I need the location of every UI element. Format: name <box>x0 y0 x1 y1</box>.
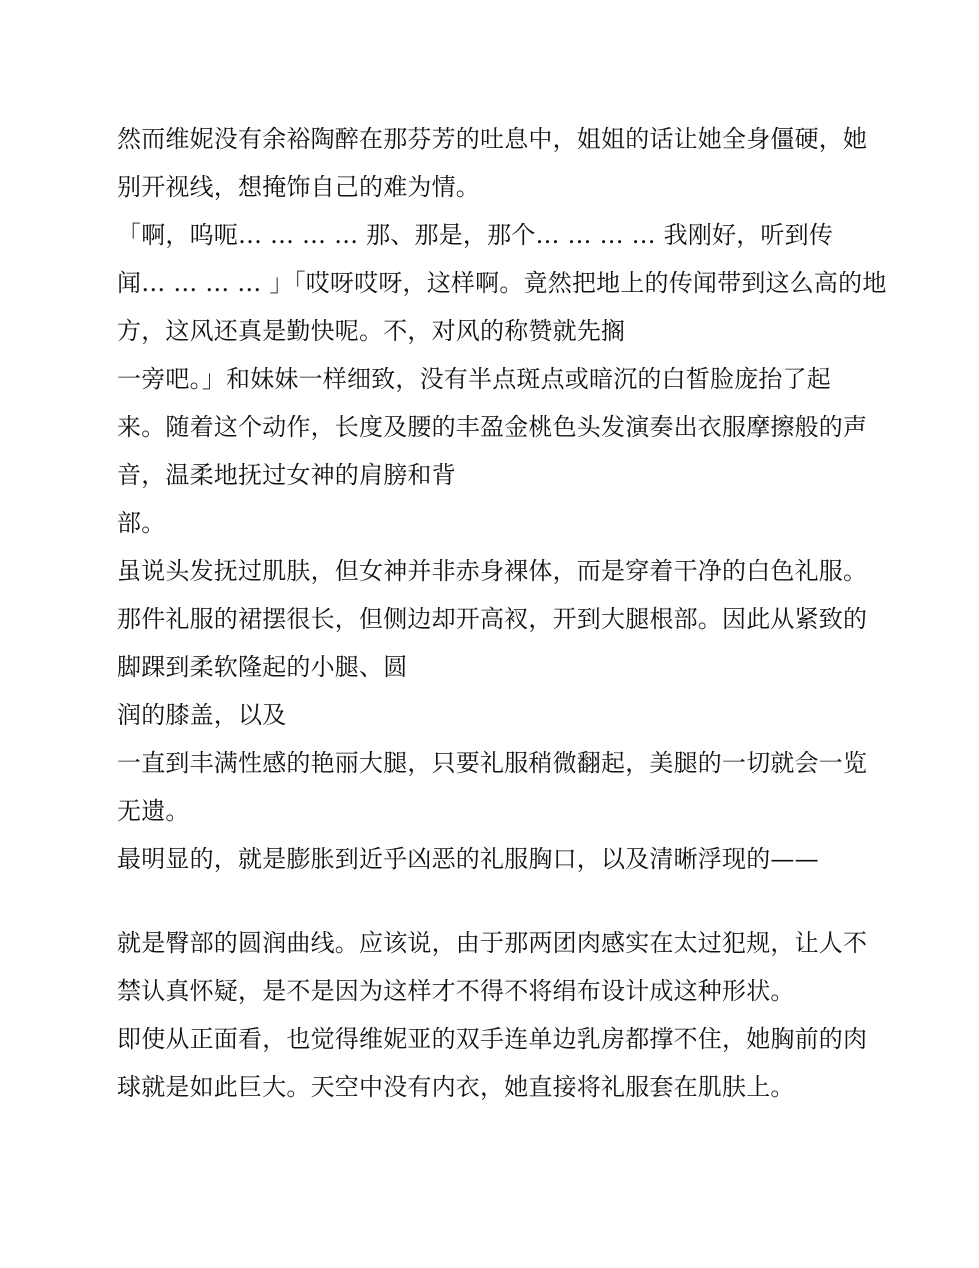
text-line: 「啊，呜呃… … … … 那、那是，那个… … … … 我刚好，听到传 <box>117 220 833 250</box>
text-line: 无遗。 <box>117 796 190 826</box>
document-page: 然而维妮没有余裕陶醉在那芬芳的吐息中，姐姐的话让她全身僵硬，她 别开视线，想掩饰… <box>0 0 979 1268</box>
text-line: 方，这风还真是勤快呢。不，对风的称赞就先搁 <box>117 316 625 346</box>
text-line: 来。随着这个动作，长度及腰的丰盈金桃色头发演奏出衣服摩擦般的声 <box>117 412 867 442</box>
text-line: 音，温柔地抚过女神的肩膀和背 <box>117 460 456 490</box>
text-line: 闻… … … … 」「哎呀哎呀，这样啊。竟然把地上的传闻带到这么高的地 <box>117 268 887 298</box>
text-line: 禁认真怀疑，是不是因为这样才不得不将绢布设计成这种形状。 <box>117 976 795 1006</box>
text-line: 一直到丰满性感的艳丽大腿，只要礼服稍微翻起，美腿的一切就会一览 <box>117 748 867 778</box>
text-line: 脚踝到柔软隆起的小腿、圆 <box>117 652 407 682</box>
text-line: 一旁吧。」和妹妹一样细致，没有半点斑点或暗沉的白皙脸庞抬了起 <box>117 364 831 394</box>
text-line: 部。 <box>117 508 165 538</box>
text-line: 然而维妮没有余裕陶醉在那芬芳的吐息中，姐姐的话让她全身僵硬，她 <box>117 124 867 154</box>
text-line: 润的膝盖，以及 <box>117 700 286 730</box>
text-line: 最明显的，就是膨胀到近乎凶恶的礼服胸口，以及清晰浮现的—— <box>117 844 819 874</box>
text-line: 那件礼服的裙摆很长，但侧边却开高衩，开到大腿根部。因此从紧致的 <box>117 604 867 634</box>
text-line: 球就是如此巨大。天空中没有内衣，她直接将礼服套在肌肤上。 <box>117 1072 795 1102</box>
text-line: 虽说头发抚过肌肤，但女神并非赤身裸体，而是穿着干净的白色礼服。 <box>117 556 867 586</box>
text-line: 别开视线，想掩饰自己的难为情。 <box>117 172 480 202</box>
text-line: 即使从正面看，也觉得维妮亚的双手连单边乳房都撑不住，她胸前的肉 <box>117 1024 867 1054</box>
text-line: 就是臀部的圆润曲线。应该说，由于那两团肉感实在太过犯规，让人不 <box>117 928 867 958</box>
